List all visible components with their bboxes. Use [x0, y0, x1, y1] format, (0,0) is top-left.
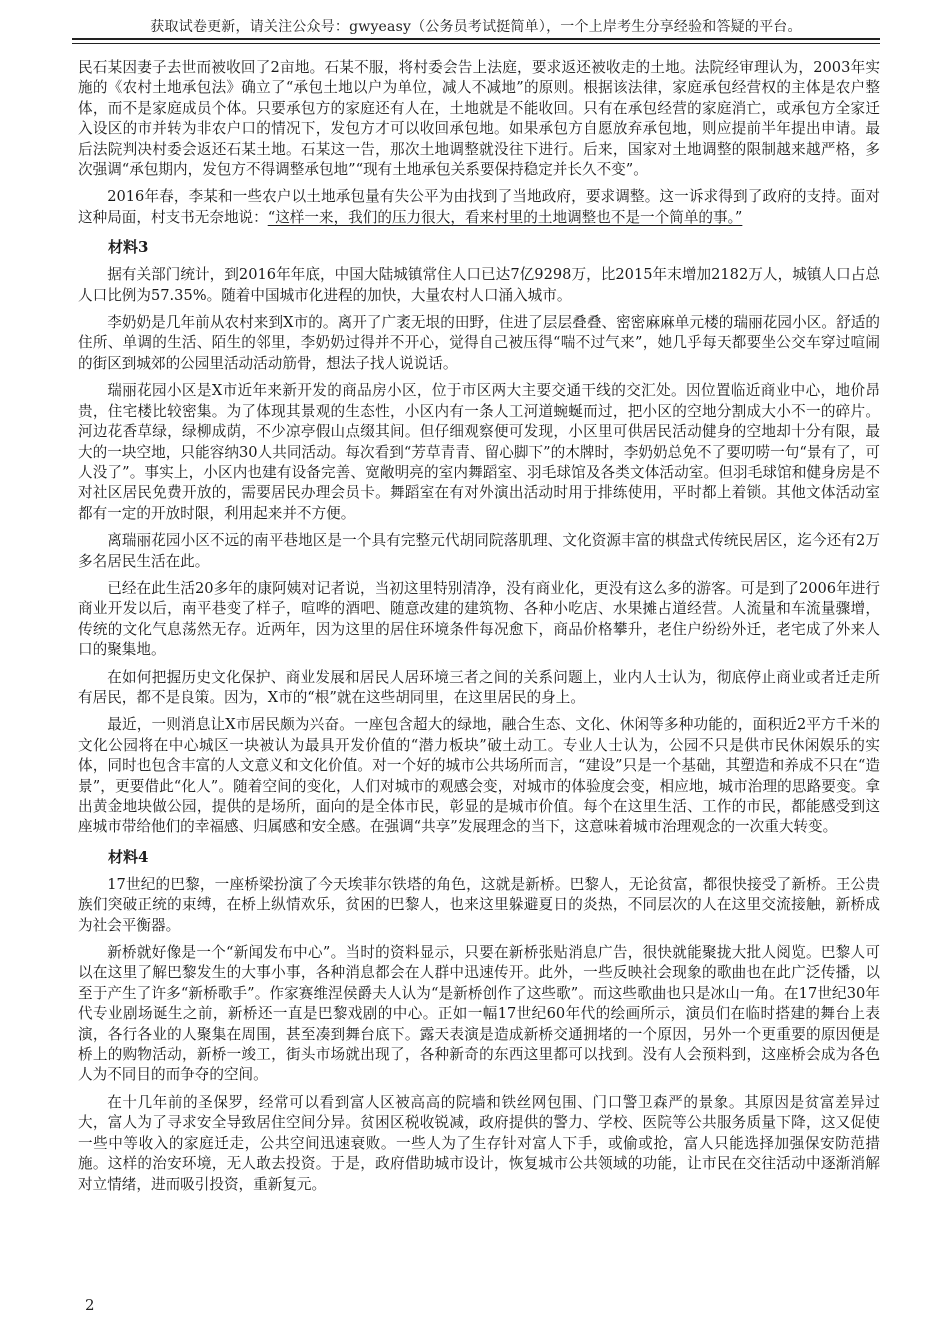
material3-paragraph: 瑞丽花园小区是X市近年来新开发的商品房小区，位于市区两大主要交通干线的交汇处。因… [78, 381, 880, 524]
document-body: 民石某因妻子去世而被收回了2亩地。石某不服，将村委会告上法庭，要求返还被收走的土… [78, 58, 880, 1202]
header-divider [72, 38, 880, 44]
material2-paragraph-quote: 2016年春，李某和一些农户以土地承包量有失公平为由找到了当地政府，要求调整。这… [78, 187, 880, 228]
material3-paragraph: 已经在此生活20多年的康阿姨对记者说，当初这里特别清净，没有商业化，更没有这么多… [78, 579, 880, 661]
material4-paragraph: 在十几年前的圣保罗，经常可以看到富人区被高高的院墙和铁丝网包围、门口警卫森严的景… [78, 1093, 880, 1195]
material3-heading: 材料3 [78, 236, 880, 258]
material4-paragraph: 17世纪的巴黎，一座桥梁扮演了今天埃菲尔铁塔的角色，这就是新桥。巴黎人，无论贫富… [78, 875, 880, 936]
material4-heading: 材料4 [78, 846, 880, 868]
material3-paragraph: 在如何把握历史文化保护、商业发展和居民人居环境三者之间的关系问题上，业内人士认为… [78, 668, 880, 709]
material3-paragraph: 据有关部门统计，到2016年年底，中国大陆城镇常住人口已达7亿9298万，比20… [78, 265, 880, 306]
material2-paragraph-continued: 民石某因妻子去世而被收回了2亩地。石某不服，将村委会告上法庭，要求返还被收走的土… [78, 58, 880, 180]
page-number: 2 [85, 1296, 95, 1314]
material3-paragraph: 最近，一则消息让X市居民颇为兴奋。一座包含超大的绿地，融合生态、文化、休闲等多种… [78, 715, 880, 837]
page-header-notice: 获取试卷更新，请关注公众号：gwyeasy（公务员考试挺简单），一个上岸考生分享… [72, 18, 880, 36]
material4-paragraph: 新桥就好像是一个“新闻发布中心”。当时的资料显示，只要在新桥张贴消息广告，很快就… [78, 943, 880, 1086]
material3-paragraph: 离瑞丽花园小区不远的南平巷地区是一个具有完整元代胡同院落肌理、文化资源丰富的棋盘… [78, 531, 880, 572]
underlined-quote: “这样一来，我们的压力很大，看来村里的土地调整也不是一个简单的事。” [268, 209, 743, 226]
material3-paragraph: 李奶奶是几年前从农村来到X市的。离开了广袤无垠的田野，住进了层层叠叠、密密麻麻单… [78, 313, 880, 374]
